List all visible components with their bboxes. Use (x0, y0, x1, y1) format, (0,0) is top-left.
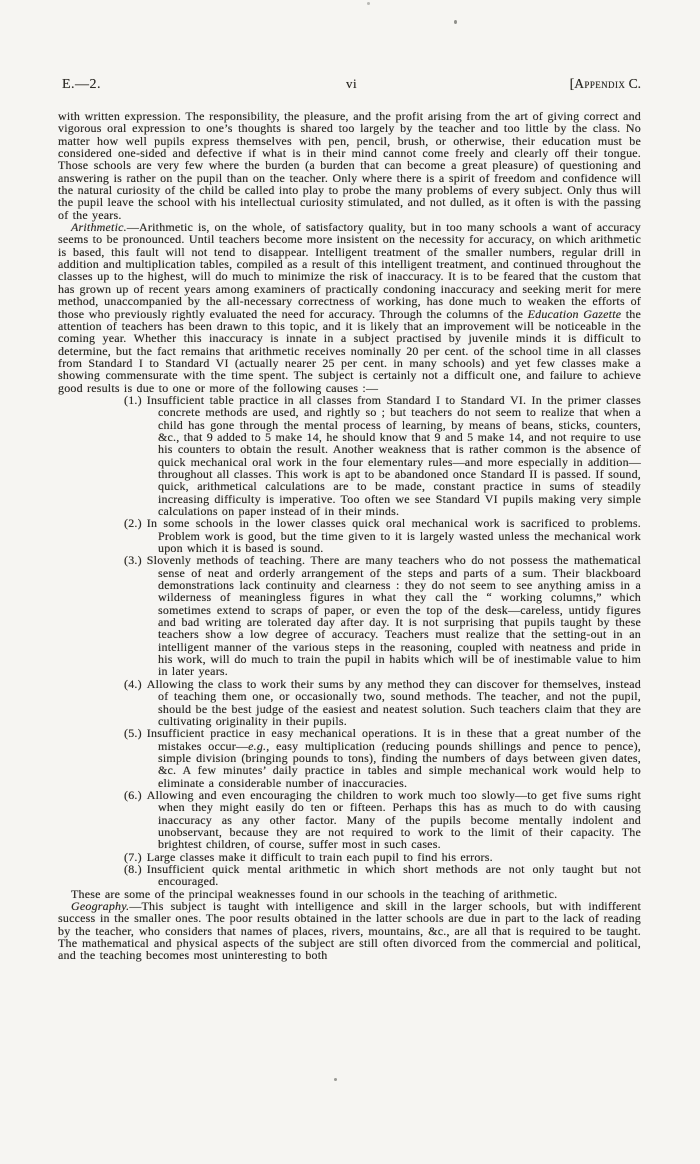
list-item-label: (3.) (124, 553, 147, 567)
list-item-label: (5.) (124, 726, 147, 740)
appendix-reference: [Appendix C. (448, 76, 641, 92)
list-item-text: Allowing and even encouraging the childr… (147, 788, 641, 851)
appendix-letter: C. (625, 76, 641, 91)
list-item-label: (4.) (124, 677, 147, 691)
arithmetic-text-b: the attention of teachers has been drawn… (58, 307, 641, 395)
list-item-label: (1.) (124, 393, 147, 407)
paragraph-oral-expression: with written expression. The responsibil… (58, 110, 641, 221)
list-item-5: (5.)Insufficient practice in easy mechan… (158, 727, 641, 789)
list-item-text: Allowing the class to work their sums by… (147, 677, 641, 728)
list-item-label: (8.) (124, 862, 147, 876)
list-item-4: (4.)Allowing the class to work their sum… (158, 678, 641, 727)
list-item-2: (2.)In some schools in the lower classes… (158, 517, 641, 554)
paragraph-geography: Geography.—This subject is taught with i… (58, 900, 641, 962)
list-item-label: (2.) (124, 516, 147, 530)
causes-list: (1.)Insufficient table practice in all c… (58, 394, 641, 888)
page-body: with written expression. The responsibil… (58, 110, 641, 962)
page-header: E.—2. vi [Appendix C. (62, 76, 641, 93)
appendix-word: Appendix (574, 76, 625, 91)
list-item-label: (6.) (124, 788, 147, 802)
list-item-3: (3.)Slovenly methods of teaching. There … (158, 554, 641, 677)
list-item-text: Slovenly methods of teaching. There are … (147, 553, 641, 678)
scan-speck (367, 2, 370, 5)
list-item-1: (1.)Insufficient table practice in all c… (158, 394, 641, 517)
list-item-text: In some schools in the lower classes qui… (147, 516, 641, 555)
scan-speck (454, 20, 457, 24)
scan-speck (334, 1078, 337, 1081)
list-item-text: Insufficient table practice in all class… (147, 393, 641, 518)
report-number: E.—2. (62, 77, 255, 93)
geography-text: —This subject is taught with intelligenc… (58, 899, 641, 962)
page-number: vi (255, 76, 448, 92)
list-item-6: (6.)Allowing and even encouraging the ch… (158, 789, 641, 851)
list-item-text: Insufficient quick mental arithmetic in … (147, 862, 641, 888)
arithmetic-text-a: —Arithmetic is, on the whole, of satisfa… (58, 220, 641, 320)
list-item-8: (8.)Insufficient quick mental arithmetic… (158, 863, 641, 888)
document-page: E.—2. vi [Appendix C. with written expre… (0, 0, 700, 1164)
paragraph-arithmetic: Arithmetic.—Arithmetic is, on the whole,… (58, 221, 641, 394)
